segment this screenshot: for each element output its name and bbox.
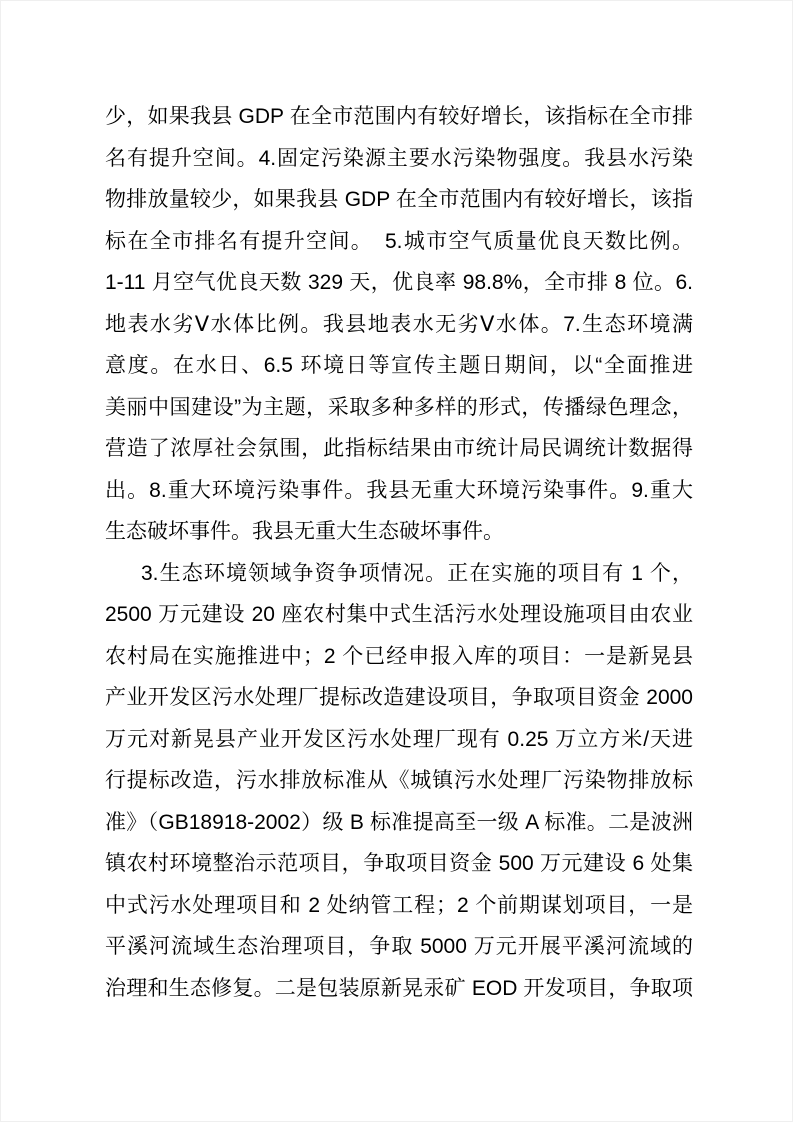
text-line: 1-11 月空气优良天数 329 天，优良率 98.8%，全市排 8 位。6. (105, 262, 693, 304)
text-line: 物排放量较少，如果我县 GDP 在全市范围内有较好增长，该指 (105, 179, 693, 221)
paragraph: 少，如果我县 GDP 在全市范围内有较好增长，该指标在全市排名有提升空间。4.固… (105, 96, 693, 553)
text-line: 治理和生态修复。二是包装原新晃汞矿 EOD 开发项目，争取项 (105, 968, 693, 1010)
text-line: 2500 万元建设 20 座农村集中式生活污水处理设施项目由农业 (105, 594, 693, 636)
text-line: 万元对新晃县产业开发区污水处理厂现有 0.25 万立方米/天进 (105, 719, 693, 761)
text-line: 地表水劣Ⅴ水体比例。我县地表水无劣Ⅴ水体。7.生态环境满 (105, 304, 693, 346)
text-line: 产业开发区污水处理厂提标改造建设项目，争取项目资金 2000 (105, 677, 693, 719)
text-line: 少，如果我县 GDP 在全市范围内有较好增长，该指标在全市排 (105, 96, 693, 138)
text-line: 意度。在水日、6.5 环境日等宣传主题日期间，以“全面推进 (105, 345, 693, 387)
text-line: 生态破坏事件。我县无重大生态破坏事件。 (105, 511, 693, 553)
text-line: 平溪河流域生态治理项目，争取 5000 万元开展平溪河流域的 (105, 926, 693, 968)
text-line: 准》（GB18918-2002）级 B 标准提高至一级 A 标准。二是波洲 (105, 802, 693, 844)
text-line: 美丽中国建设”为主题，采取多种多样的形式，传播绿色理念， (105, 387, 693, 429)
text-line: 出。8.重大环境污染事件。我县无重大环境污染事件。9.重大 (105, 470, 693, 512)
text-line: 名有提升空间。4.固定污染源主要水污染物强度。我县水污染 (105, 138, 693, 180)
text-line: 3.生态环境领域争资争项情况。正在实施的项目有 1 个， (105, 553, 693, 595)
document-page: 少，如果我县 GDP 在全市范围内有较好增长，该指标在全市排名有提升空间。4.固… (0, 0, 793, 1122)
text-line: 行提标改造，污水排放标准从《城镇污水处理厂污染物排放标 (105, 760, 693, 802)
paragraph: 3.生态环境领域争资争项情况。正在实施的项目有 1 个，2500 万元建设 20… (105, 553, 693, 1010)
text-line: 农村局在实施推进中；2 个已经申报入库的项目：一是新晃县 (105, 636, 693, 678)
text-line: 中式污水处理项目和 2 处纳管工程；2 个前期谋划项目，一是 (105, 885, 693, 927)
text-line: 镇农村环境整治示范项目，争取项目资金 500 万元建设 6 处集 (105, 843, 693, 885)
text-line: 营造了浓厚社会氛围，此指标结果由市统计局民调统计数据得 (105, 428, 693, 470)
document-body: 少，如果我县 GDP 在全市范围内有较好增长，该指标在全市排名有提升空间。4.固… (105, 96, 693, 1009)
text-line: 标在全市排名有提升空间。 5.城市空气质量优良天数比例。 (105, 221, 693, 263)
